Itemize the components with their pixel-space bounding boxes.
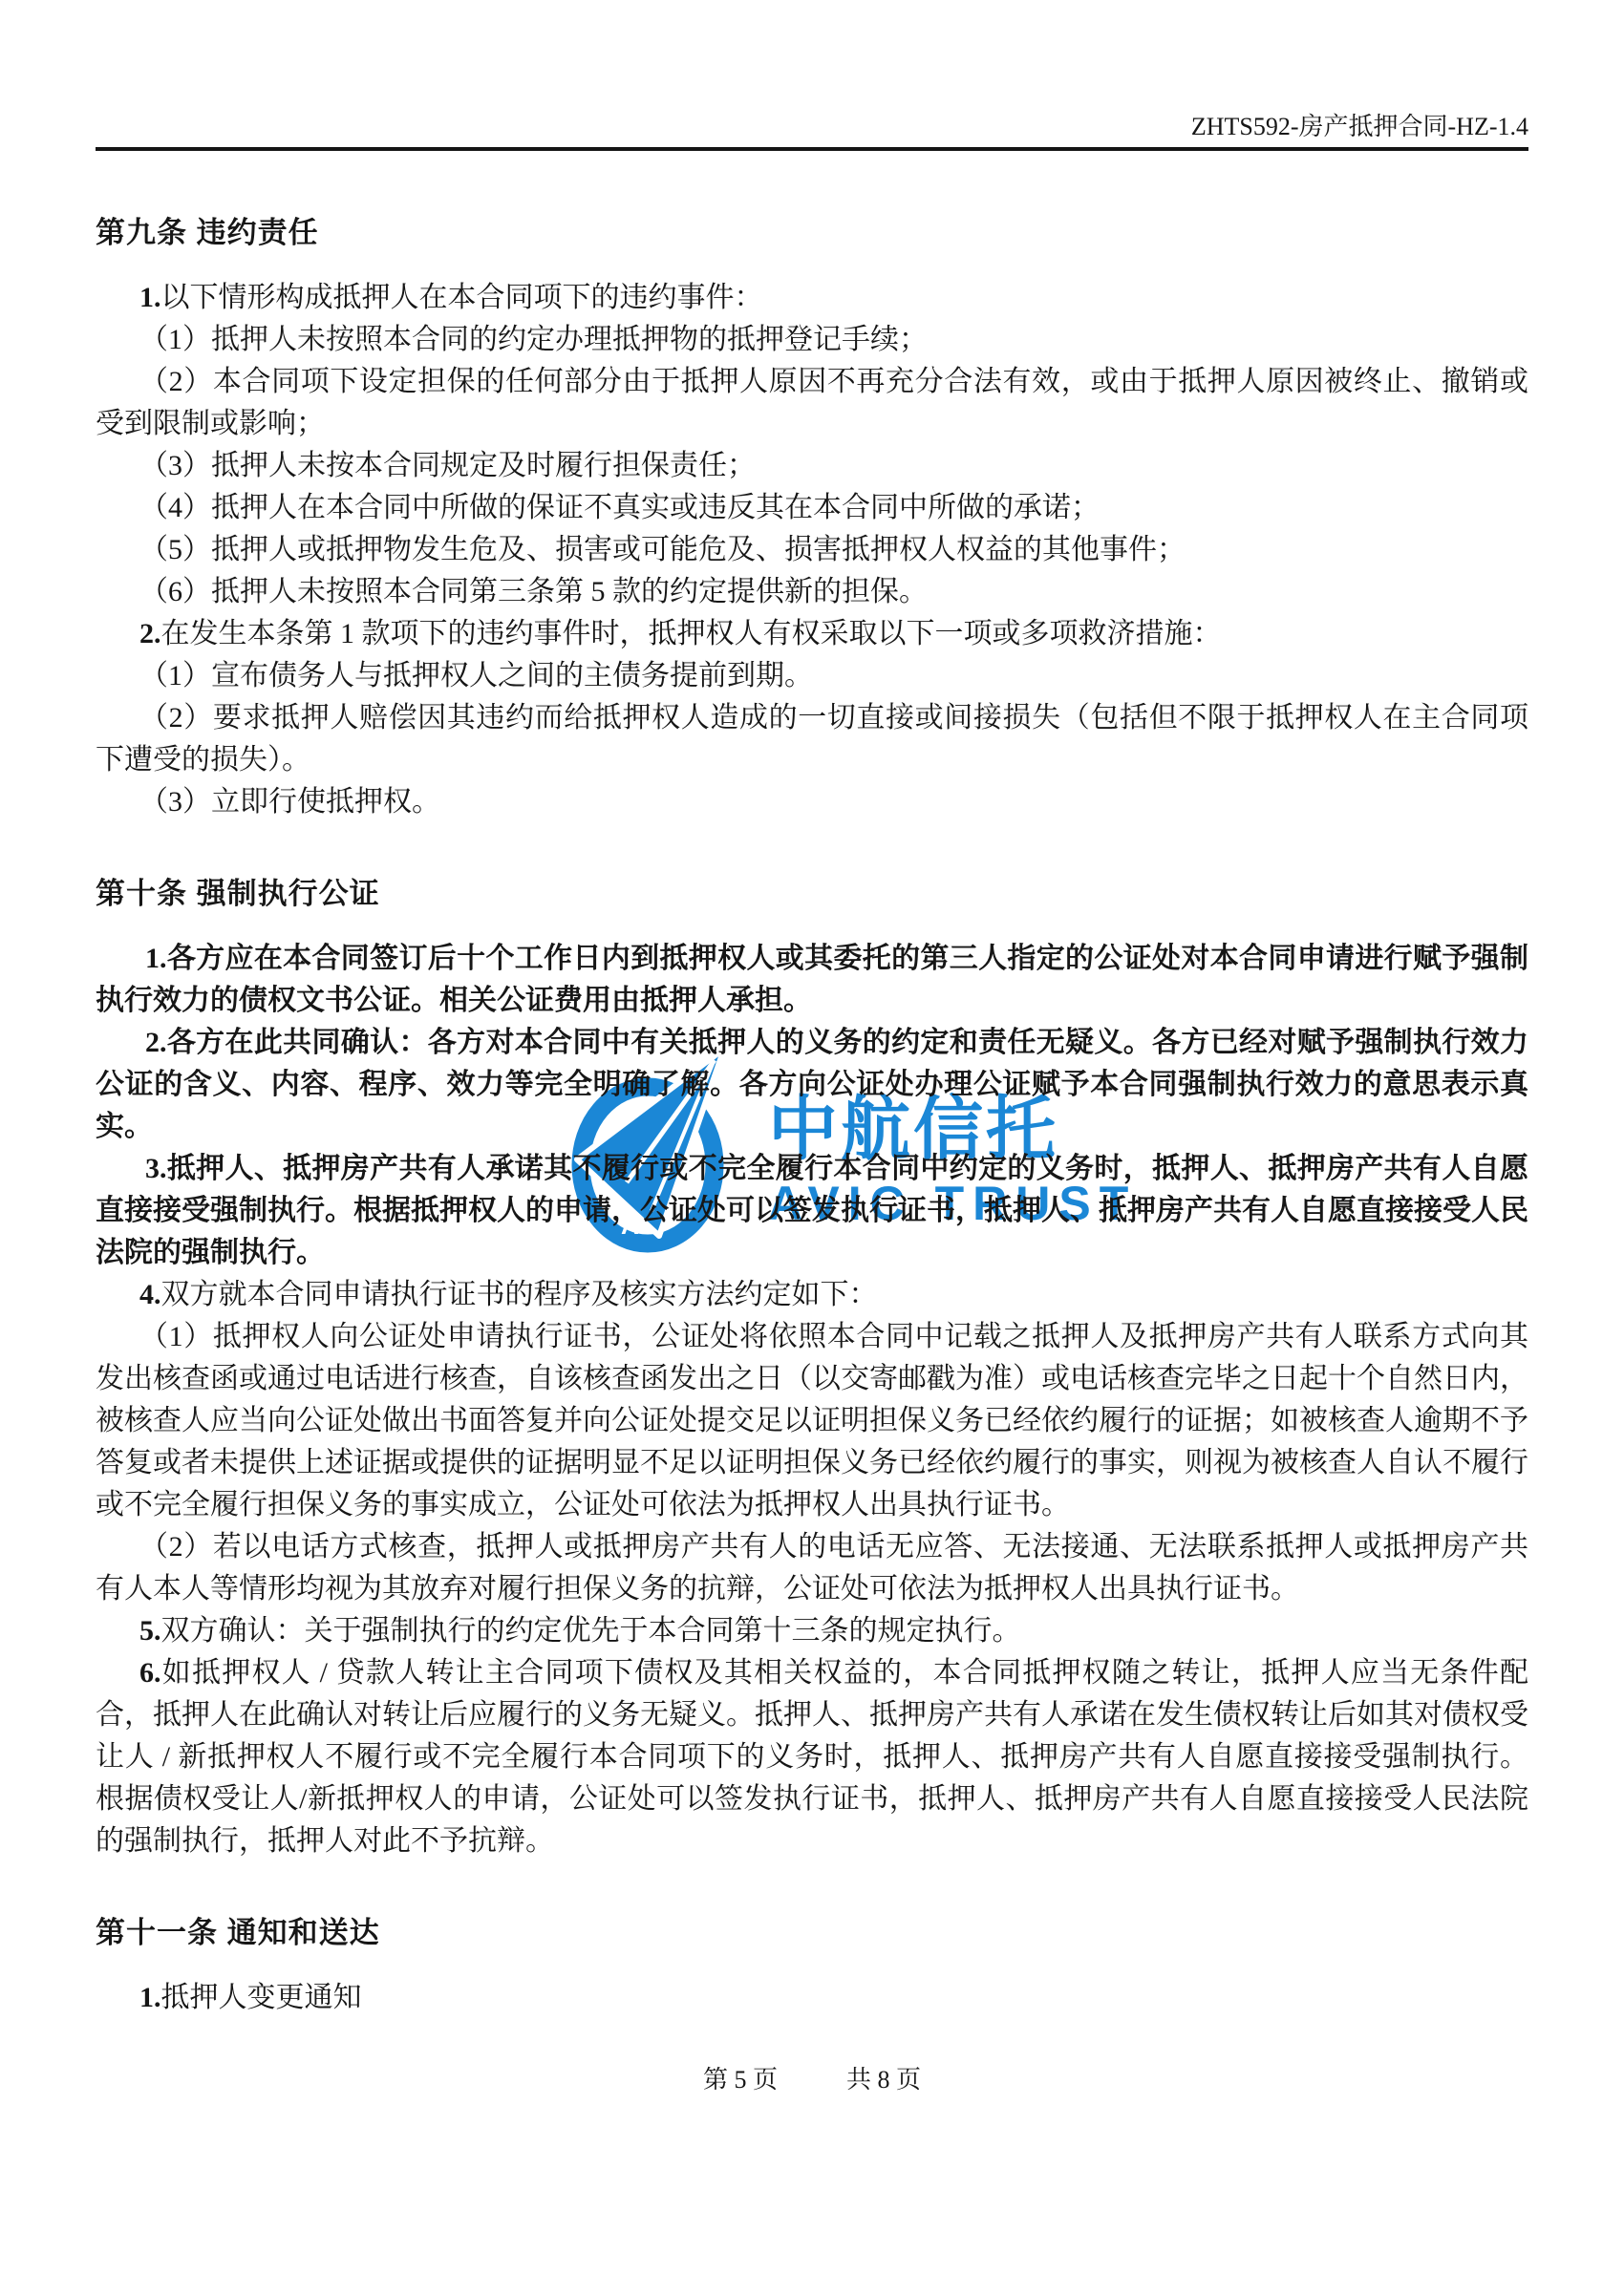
paragraph: （3）抵押人未按本合同规定及时履行担保责任； [96,445,1528,487]
paragraph-text: 双方就本合同申请执行证书的程序及核实方法约定如下： [161,1279,878,1310]
paragraph: （2）若以电话方式核查，抵押人或抵押房产共有人的电话无应答、无法接通、无法联系抵… [96,1526,1528,1610]
paragraph-text: （1）抵押权人向公证处申请执行证书，公证处将依照本合同中记载之抵押人及抵押房产共… [96,1321,1528,1520]
article-11: 第十一条 通知和送达1.抵押人变更通知 [96,1916,1528,2019]
paragraph-text: 以下情形构成抵押人在本合同项下的违约事件： [161,282,763,313]
paragraph-number: 2. [139,618,161,649]
header-rule [96,147,1528,151]
paragraph: 1.抵押人变更通知 [96,1977,1528,2019]
paragraph-number: 1. [139,1982,161,2013]
contract-page: A 中航信托 AVIC TRUST ZHTS592-房产抵押合同-HZ-1.4 … [0,0,1624,2296]
footer-total-pages: 共 8 页 [846,2066,921,2094]
article-10-heading: 第十条 强制执行公证 [96,877,1528,911]
paragraph: （2）要求抵押人赔偿因其违约而给抵押权人造成的一切直接或间接损失（包括但不限于抵… [96,697,1528,781]
paragraph: 5.双方确认：关于强制执行的约定优先于本合同第十三条的规定执行。 [96,1610,1528,1652]
paragraph-text: 双方确认：关于强制执行的约定优先于本合同第十三条的规定执行。 [161,1615,1021,1647]
paragraph-text: 抵押人、抵押房产共有人承诺其不履行或不完全履行本合同中约定的义务时，抵押人、抵押… [96,1153,1528,1268]
paragraph-text: （1）抵押人未按照本合同的约定办理抵押物的抵押登记手续； [139,324,928,355]
document: ZHTS592-房产抵押合同-HZ-1.4 第九条 违约责任1.以下情形构成抵押… [0,0,1624,2019]
paragraph-text: 抵押人变更通知 [161,1982,362,2013]
paragraph-number: 6. [139,1657,161,1689]
paragraph-number: 3. [145,1153,167,1184]
paragraph-text: 各方应在本合同签订后十个工作日内到抵押权人或其委托的第三人指定的公证处对本合同申… [96,943,1528,1016]
paragraph-text: 如抵押权人 / 贷款人转让主合同项下债权及其相关权益的，本合同抵押权随之转让，抵… [96,1657,1528,1857]
paragraph-number: 5. [139,1615,161,1647]
paragraph: 3.抵押人、抵押房产共有人承诺其不履行或不完全履行本合同中约定的义务时，抵押人、… [96,1148,1528,1274]
paragraph: 1.以下情形构成抵押人在本合同项下的违约事件： [96,277,1528,319]
article-9-heading: 第九条 违约责任 [96,216,1528,250]
paragraph-number: 1. [145,943,167,974]
paragraph: 6.如抵押权人 / 贷款人转让主合同项下债权及其相关权益的，本合同抵押权随之转让… [96,1652,1528,1862]
paragraph: 2.在发生本条第 1 款项下的违约事件时，抵押权人有权采取以下一项或多项救济措施… [96,613,1528,655]
paragraph: （1）抵押权人向公证处申请执行证书，公证处将依照本合同中记载之抵押人及抵押房产共… [96,1316,1528,1526]
article-10: 第十条 强制执行公证1.各方应在本合同签订后十个工作日内到抵押权人或其委托的第三… [96,877,1528,1862]
paragraph: （1）宣布债务人与抵押权人之间的主债务提前到期。 [96,655,1528,697]
paragraph-text: （3）立即行使抵押权。 [139,786,440,818]
paragraph-number: 4. [139,1279,161,1310]
paragraph: 1.各方应在本合同签订后十个工作日内到抵押权人或其委托的第三人指定的公证处对本合… [96,938,1528,1022]
paragraph: 2.各方在此共同确认：各方对本合同中有关抵押人的义务的约定和责任无疑义。各方已经… [96,1022,1528,1148]
article-11-heading: 第十一条 通知和送达 [96,1916,1528,1950]
paragraph-text: （4）抵押人在本合同中所做的保证不真实或违反其在本合同中所做的承诺； [139,492,1100,523]
paragraph: （4）抵押人在本合同中所做的保证不真实或违反其在本合同中所做的承诺； [96,487,1528,529]
paragraph-text: （2）本合同项下设定担保的任何部分由于抵押人原因不再充分合法有效，或由于抵押人原… [96,366,1528,439]
paragraph-number: 1. [139,282,161,313]
paragraph: （2）本合同项下设定担保的任何部分由于抵押人原因不再充分合法有效，或由于抵押人原… [96,361,1528,445]
paragraph: （1）抵押人未按照本合同的约定办理抵押物的抵押登记手续； [96,319,1528,361]
page-header: ZHTS592-房产抵押合同-HZ-1.4 [0,0,1624,141]
paragraph-text: （3）抵押人未按本合同规定及时履行担保责任； [139,450,756,481]
paragraph: （5）抵押人或抵押物发生危及、损害或可能危及、损害抵押权人权益的其他事件； [96,529,1528,571]
paragraph-text: （2）要求抵押人赔偿因其违约而给抵押权人造成的一切直接或间接损失（包括但不限于抵… [96,702,1528,776]
paragraph-text: （6）抵押人未按照本合同第三条第 5 款的约定提供新的担保。 [139,576,928,607]
contract-body: 第九条 违约责任1.以下情形构成抵押人在本合同项下的违约事件：（1）抵押人未按照… [96,216,1528,2019]
paragraph-text: （2）若以电话方式核查，抵押人或抵押房产共有人的电话无应答、无法接通、无法联系抵… [96,1531,1528,1605]
paragraph: （6）抵押人未按照本合同第三条第 5 款的约定提供新的担保。 [96,571,1528,613]
paragraph-text: （1）宣布债务人与抵押权人之间的主债务提前到期。 [139,660,813,691]
paragraph-text: （5）抵押人或抵押物发生危及、损害或可能危及、损害抵押权人权益的其他事件； [139,534,1186,565]
page-footer: 第 5 页共 8 页 [96,2065,1528,2095]
paragraph: 4.双方就本合同申请执行证书的程序及核实方法约定如下： [96,1274,1528,1316]
paragraph-number: 2. [145,1027,167,1058]
paragraph-text: 在发生本条第 1 款项下的违约事件时，抵押权人有权采取以下一项或多项救济措施： [161,618,1222,649]
article-9: 第九条 违约责任1.以下情形构成抵押人在本合同项下的违约事件：（1）抵押人未按照… [96,216,1528,823]
footer-page-number: 第 5 页 [703,2066,778,2094]
paragraph: （3）立即行使抵押权。 [96,781,1528,823]
doc-code: ZHTS592-房产抵押合同-HZ-1.4 [1191,113,1528,140]
paragraph-text: 各方在此共同确认：各方对本合同中有关抵押人的义务的约定和责任无疑义。各方已经对赋… [96,1027,1528,1142]
